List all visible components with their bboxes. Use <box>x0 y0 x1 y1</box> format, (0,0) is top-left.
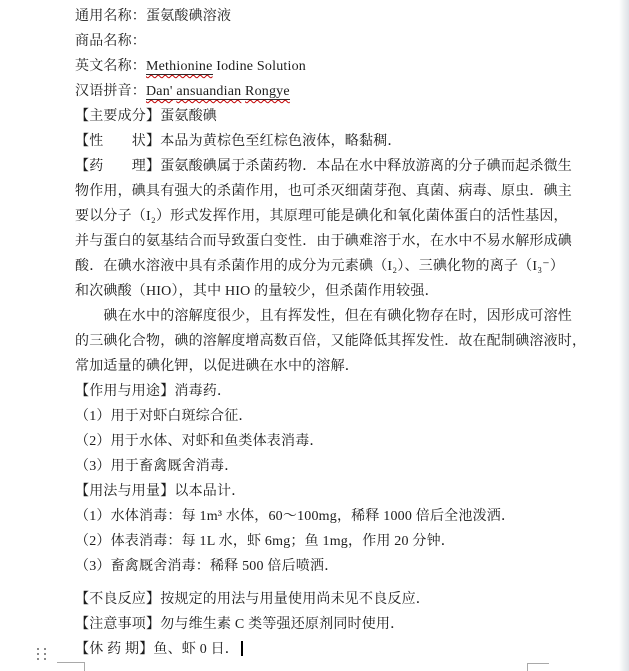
english-name-rest: Iodine Solution <box>213 59 306 74</box>
doc-line-indication-item[interactable]: （3）用于畜禽厩舍消毒． <box>75 454 605 479</box>
doc-line-body[interactable]: 要以分子（I₂）形式发挥作用，其原理可能是碘化和氧化菌体蛋白的活性基因， <box>75 204 605 229</box>
doc-line-indication-item[interactable]: （2）用于水体、对虾和鱼类体表消毒． <box>75 429 605 454</box>
doc-line-body[interactable]: 碘在水中的溶解度很少，且有挥发性，但在有碘化物存在时，因形成可溶性 <box>75 304 605 329</box>
doc-line-properties[interactable]: 【性 状】本品为黄棕色至红棕色液体，略黏稠． <box>75 129 605 154</box>
page-right-edge <box>619 0 629 671</box>
doc-line-body[interactable]: 并与蛋白的氨基结合而导致蛋白变性．由于碘难溶于水，在水中不易水解形成碘 <box>75 229 605 254</box>
doc-line-dosage-item[interactable]: （2）体表消毒：每 1L 水，虾 6mg；鱼 1mg，作用 20 分钟． <box>75 529 605 554</box>
withdrawal-period-text: 【休 药 期】鱼、虾 0 日． <box>75 642 239 657</box>
text-cursor <box>241 641 243 656</box>
pinyin-underlined-phrase: Dan' ansuandian Rongye <box>146 84 290 100</box>
document-text-area[interactable]: 通用名称：蛋氨酸碘溶液 商品名称： 英文名称：Methionine Iodine… <box>75 4 605 662</box>
doc-line-precautions[interactable]: 【注意事项】勿与维生素 C 类等强还原剂同时使用． <box>75 612 605 637</box>
english-name-misspelled-word: Methionine <box>146 59 213 75</box>
bottom-left-margin-crop-mark <box>57 662 85 671</box>
doc-line-indications-header[interactable]: 【作用与用途】消毒药． <box>75 379 605 404</box>
doc-line-main-ingredient[interactable]: 【主要成分】蛋氨酸碘 <box>75 104 605 129</box>
word-document-page: 通用名称：蛋氨酸碘溶液 商品名称： 英文名称：Methionine Iodine… <box>0 0 629 671</box>
doc-line-body[interactable]: 和次碘酸（HIO），其中 HIO 的量较少，但杀菌作用较强． <box>75 279 605 304</box>
doc-line-body[interactable]: 常加适量的碘化钾，以促进碘在水中的溶解． <box>75 354 605 379</box>
doc-line-generic-name[interactable]: 通用名称：蛋氨酸碘溶液 <box>75 4 605 29</box>
doc-line-dosage-header[interactable]: 【用法与用量】以本品计． <box>75 479 605 504</box>
doc-line-dosage-item[interactable]: （1）水体消毒：每 1m³ 水体，60～100mg，稀释 1000 倍后全池泼洒… <box>75 504 605 529</box>
doc-line-body[interactable]: 酸．在碘水溶液中具有杀菌作用的成分为元素碘（I₂）、三碘化物的离子（I₃⁻） <box>75 254 605 279</box>
doc-line-pinyin[interactable]: 汉语拼音：Dan' ansuandian Rongye <box>75 79 605 104</box>
doc-line-indication-item[interactable]: （1）用于对虾白斑综合征． <box>75 404 605 429</box>
pinyin-word: ansuandian <box>176 84 241 99</box>
pinyin-word: Dan' <box>146 84 173 99</box>
doc-line-adverse-reactions[interactable]: 【不良反应】按规定的用法与用量使用尚未见不良反应． <box>75 587 605 612</box>
pinyin-word: Rongye <box>245 84 290 99</box>
drag-handle-icon[interactable] <box>37 648 49 662</box>
doc-line-pharmacology[interactable]: 【药 理】蛋氨酸碘属于杀菌药物．本品在水中释放游离的分子碘而起杀微生 <box>75 154 605 179</box>
field-label-pinyin: 汉语拼音： <box>75 84 146 99</box>
bottom-right-margin-crop-mark <box>527 663 549 671</box>
doc-line-dosage-item[interactable]: （3）畜禽厩舍消毒：稀释 500 倍后喷洒． <box>75 554 605 579</box>
doc-line-trade-name[interactable]: 商品名称： <box>75 29 605 54</box>
doc-line-body[interactable]: 的三碘化合物，碘的溶解度增高数百倍，又能降低其挥发性．故在配制碘溶液时， <box>75 329 605 354</box>
doc-line-body[interactable]: 物作用，碘具有强大的杀菌作用，也可杀灭细菌芽孢、真菌、病毒、原虫．碘主 <box>75 179 605 204</box>
doc-line-english-name[interactable]: 英文名称：Methionine Iodine Solution <box>75 54 605 79</box>
doc-line-withdrawal-period[interactable]: 【休 药 期】鱼、虾 0 日． <box>75 637 605 662</box>
field-label-english-name: 英文名称： <box>75 59 146 74</box>
